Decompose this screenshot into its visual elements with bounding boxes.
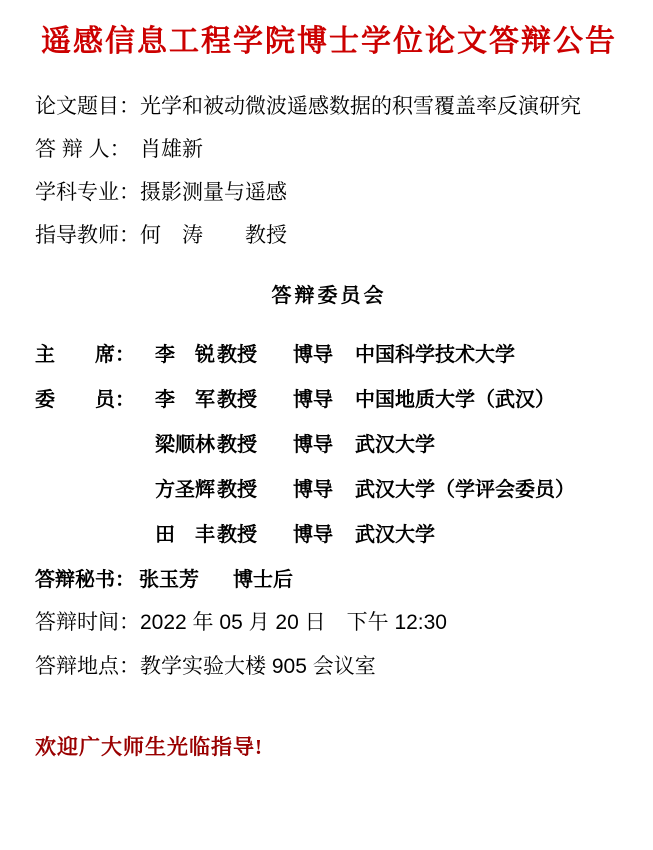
secretary-label: 答辩秘书：: [35, 569, 135, 591]
committee-row-member: 田 丰 教授 博导 武汉大学: [35, 523, 623, 547]
committee-member-title: 教授: [217, 433, 293, 457]
secretary-degree: 博士后: [233, 569, 293, 591]
committee-row-member: 方圣辉 教授 博导 武汉大学（学评会委员）: [35, 478, 623, 502]
advisor-row: 指导教师：何 涛 教授: [35, 225, 623, 247]
document-title: 遥感信息工程学院博士学位论文答辩公告: [35, 22, 623, 62]
candidate-value: 肖雄新: [140, 138, 203, 161]
committee-member-name: 李 锐: [155, 343, 217, 367]
thesis-info-section: 论文题目：光学和被动微波遥感数据的积雪覆盖率反演研究 答 辩 人：肖雄新 学科专…: [35, 96, 623, 247]
advisor-value: 何 涛 教授: [140, 224, 287, 247]
defense-time-value: 2022 年 05 月 20 日 下午 12:30: [140, 611, 447, 634]
candidate-row: 答 辩 人：肖雄新: [35, 139, 623, 161]
committee-member-title: 教授: [217, 343, 293, 367]
major-row: 学科专业：摄影测量与遥感: [35, 182, 623, 204]
secretary-row: 答辩秘书：张玉芳博士后: [35, 568, 623, 592]
committee-member-name: 田 丰: [155, 523, 217, 547]
committee-member-affiliation: 中国地质大学（武汉）: [355, 388, 623, 412]
committee-member-title: 教授: [217, 388, 293, 412]
committee-member-affiliation: 中国科学技术大学: [355, 343, 623, 367]
committee-member-supervisor: 博导: [293, 433, 355, 457]
committee-role: [35, 433, 155, 457]
welcome-message: 欢迎广大师生光临指导!: [35, 734, 623, 760]
committee-row-member: 委 员： 李 军 教授 博导 中国地质大学（武汉）: [35, 388, 623, 412]
committee-member-name: 李 军: [155, 388, 217, 412]
advisor-label: 指导教师：: [35, 225, 140, 247]
major-value: 摄影测量与遥感: [140, 181, 287, 204]
committee-member-supervisor: 博导: [293, 523, 355, 547]
committee-row-member: 梁顺林 教授 博导 武汉大学: [35, 433, 623, 457]
committee-member-supervisor: 博导: [293, 478, 355, 502]
announcement-document: 遥感信息工程学院博士学位论文答辩公告 论文题目：光学和被动微波遥感数据的积雪覆盖…: [0, 0, 653, 850]
secretary-name: 张玉芳: [139, 569, 199, 591]
committee-row-chair: 主 席： 李 锐 教授 博导 中国科学技术大学: [35, 343, 623, 367]
committee-role: [35, 478, 155, 502]
committee-member-affiliation: 武汉大学: [355, 523, 623, 547]
defense-time-label: 答辩时间：: [35, 611, 140, 634]
committee-member-name: 梁顺林: [155, 433, 217, 457]
schedule-section: 答辩时间：2022 年 05 月 20 日 下午 12:30 答辩地点：教学实验…: [35, 611, 623, 678]
defense-venue-label: 答辩地点：: [35, 655, 140, 678]
committee-table: 主 席： 李 锐 教授 博导 中国科学技术大学 委 员： 李 军 教授 博导 中…: [35, 343, 623, 547]
committee-member-affiliation: 武汉大学（学评会委员）: [355, 478, 623, 502]
thesis-title-value: 光学和被动微波遥感数据的积雪覆盖率反演研究: [140, 95, 581, 118]
committee-role: 主 席：: [35, 343, 155, 367]
committee-member-name: 方圣辉: [155, 478, 217, 502]
committee-member-title: 教授: [217, 478, 293, 502]
committee-heading: 答辩委员会: [35, 284, 623, 308]
committee-role: [35, 523, 155, 547]
major-label: 学科专业：: [35, 182, 140, 204]
committee-member-supervisor: 博导: [293, 343, 355, 367]
committee-member-affiliation: 武汉大学: [355, 433, 623, 457]
thesis-title-row: 论文题目：光学和被动微波遥感数据的积雪覆盖率反演研究: [35, 96, 623, 118]
defense-venue-row: 答辩地点：教学实验大楼 905 会议室: [35, 655, 623, 678]
committee-member-title: 教授: [217, 523, 293, 547]
candidate-label: 答 辩 人：: [35, 139, 140, 161]
thesis-title-label: 论文题目：: [35, 96, 140, 118]
committee-role: 委 员：: [35, 388, 155, 412]
committee-member-supervisor: 博导: [293, 388, 355, 412]
defense-time-row: 答辩时间：2022 年 05 月 20 日 下午 12:30: [35, 611, 623, 634]
defense-venue-value: 教学实验大楼 905 会议室: [140, 655, 376, 678]
